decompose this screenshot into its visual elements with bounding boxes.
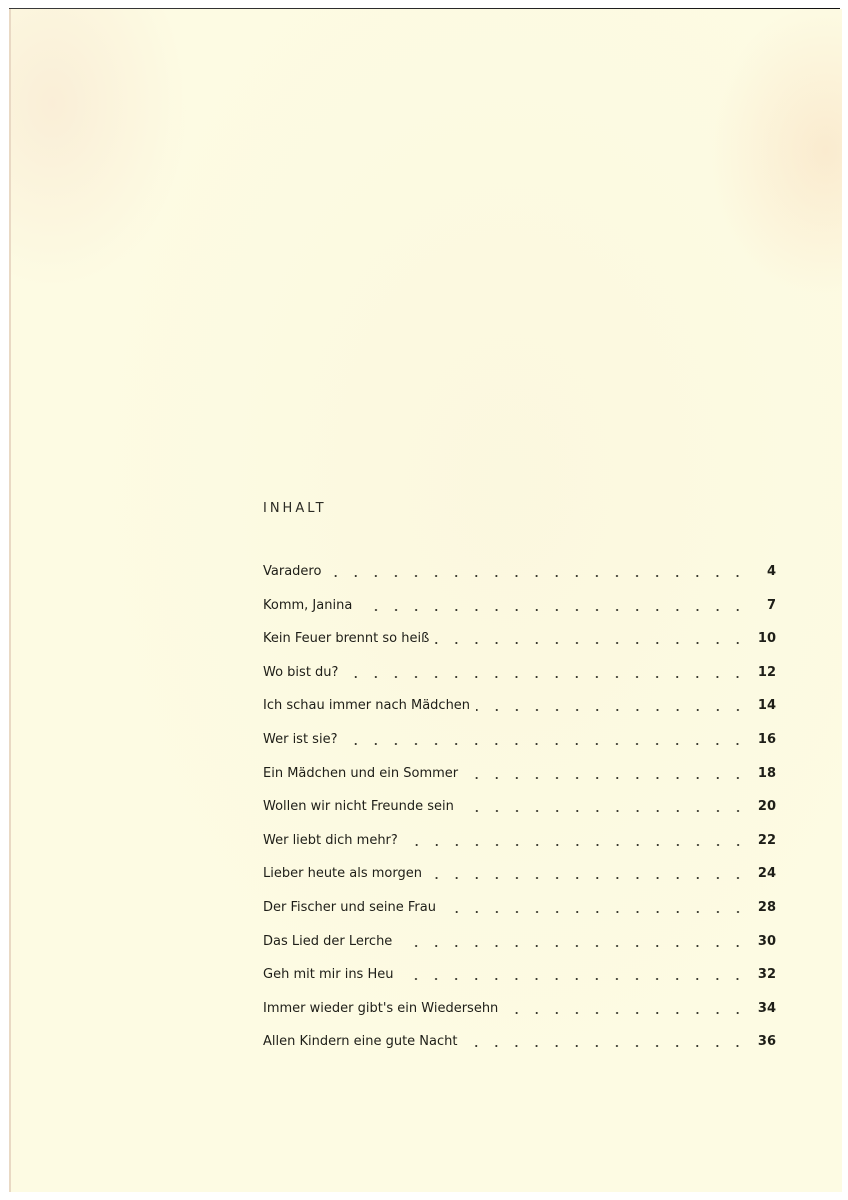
dot-leader	[476, 696, 748, 716]
toc-entry: Wer ist sie? 16	[263, 730, 776, 764]
toc-entry: Geh mit mir ins Heu 32	[263, 965, 776, 999]
table-of-contents: INHALT Varadero 4 Komm, Janina 7 Kein Fe…	[263, 500, 776, 1066]
toc-entry-page: 7	[748, 596, 776, 616]
toc-entry: Allen Kindern eine gute Nacht 36	[263, 1032, 776, 1066]
dot-leader	[358, 596, 748, 616]
dot-leader	[344, 663, 748, 683]
toc-entry-title: Ein Mädchen und ein Sommer	[263, 764, 464, 784]
toc-entry-title: Wo bist du?	[263, 663, 344, 683]
toc-entry-page: 4	[748, 562, 776, 582]
toc-entry-title: Ich schau immer nach Mädchen	[263, 696, 476, 716]
dot-leader	[504, 999, 748, 1019]
toc-entry: Komm, Janina 7	[263, 596, 776, 630]
toc-entry-title: Komm, Janina	[263, 596, 358, 616]
dot-leader	[442, 898, 748, 918]
toc-entry-title: Immer wieder gibt's ein Wiedersehn	[263, 999, 504, 1019]
toc-entry-title: Allen Kindern eine gute Nacht	[263, 1032, 463, 1052]
toc-entry-title: Wer ist sie?	[263, 730, 343, 750]
toc-entry-title: Varadero	[263, 562, 327, 582]
toc-entry-title: Lieber heute als morgen	[263, 864, 428, 884]
toc-entry: Wo bist du? 12	[263, 663, 776, 697]
dot-leader	[463, 1032, 748, 1052]
toc-entry-page: 36	[748, 1032, 776, 1052]
toc-entry-page: 32	[748, 965, 776, 985]
dot-leader	[435, 629, 748, 649]
toc-entry-page: 20	[748, 797, 776, 817]
toc-entry: Der Fischer und seine Frau 28	[263, 898, 776, 932]
dot-leader	[343, 730, 748, 750]
toc-entry: Lieber heute als morgen 24	[263, 864, 776, 898]
toc-entry: Immer wieder gibt's ein Wiedersehn 34	[263, 999, 776, 1033]
toc-entry-page: 30	[748, 932, 776, 952]
toc-entry-title: Das Lied der Lerche	[263, 932, 398, 952]
toc-entry-title: Der Fischer und seine Frau	[263, 898, 442, 918]
toc-entry: Ich schau immer nach Mädchen 14	[263, 696, 776, 730]
toc-entry-title: Kein Feuer brennt so heiß	[263, 629, 435, 649]
dot-leader	[464, 764, 748, 784]
toc-entry-page: 14	[748, 696, 776, 716]
toc-entry-page: 24	[748, 864, 776, 884]
dot-leader	[428, 864, 748, 884]
dot-leader	[399, 965, 748, 985]
toc-entry: Kein Feuer brennt so heiß 10	[263, 629, 776, 663]
toc-entry-page: 16	[748, 730, 776, 750]
toc-entry-page: 10	[748, 629, 776, 649]
toc-entry-page: 28	[748, 898, 776, 918]
toc-entry-page: 34	[748, 999, 776, 1019]
toc-entry-title: Wollen wir nicht Freunde sein	[263, 797, 460, 817]
toc-entry: Wer liebt dich mehr? 22	[263, 831, 776, 865]
dot-leader	[404, 831, 748, 851]
dot-leader	[398, 932, 748, 952]
toc-entry-page: 12	[748, 663, 776, 683]
toc-entry-title: Geh mit mir ins Heu	[263, 965, 399, 985]
toc-entry: Wollen wir nicht Freunde sein 20	[263, 797, 776, 831]
toc-entry: Ein Mädchen und ein Sommer 18	[263, 764, 776, 798]
toc-entry: Das Lied der Lerche 30	[263, 932, 776, 966]
toc-entry-page: 22	[748, 831, 776, 851]
toc-entry: Varadero 4	[263, 562, 776, 596]
dot-leader	[327, 562, 748, 582]
toc-entry-page: 18	[748, 764, 776, 784]
toc-entry-title: Wer liebt dich mehr?	[263, 831, 404, 851]
toc-heading: INHALT	[263, 500, 776, 518]
dot-leader	[460, 797, 748, 817]
